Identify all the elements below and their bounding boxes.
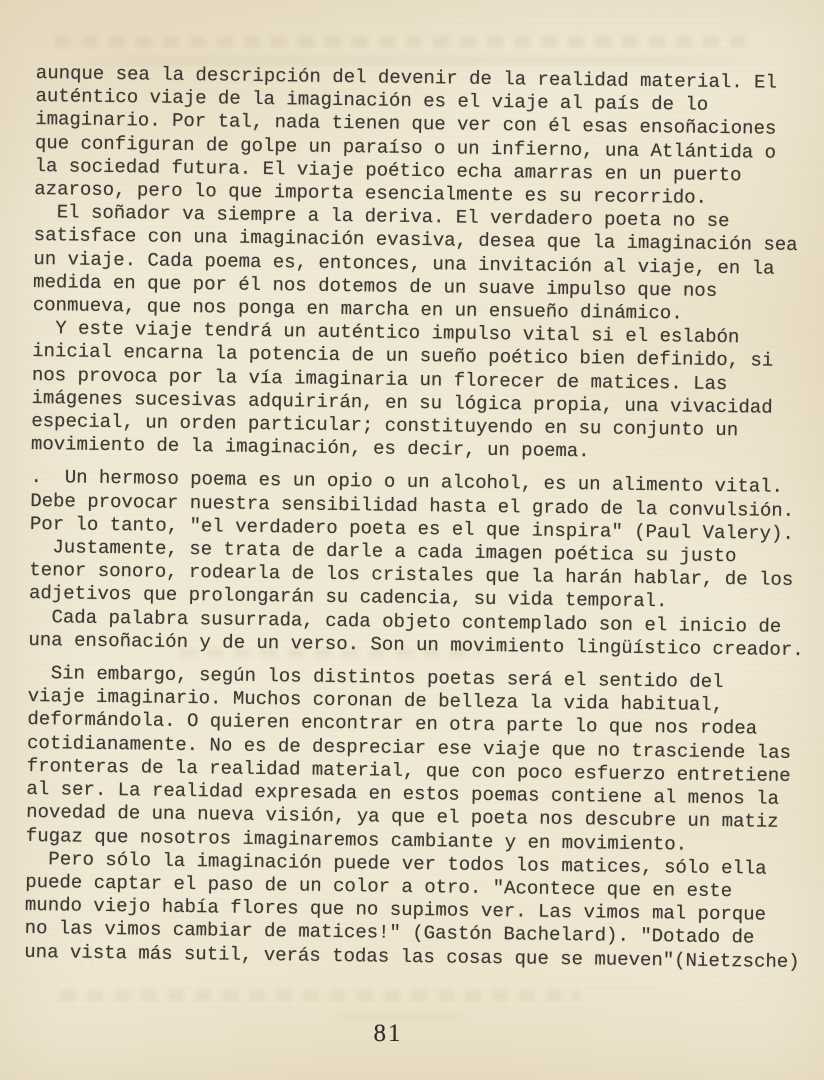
paragraph: Y este viaje tendrá un auténtico impulso… [31,317,805,466]
scanned-document-page: aunque sea la descripción del devenir de… [0,0,824,1080]
page-number: 81 [358,1020,418,1048]
bleedthrough-smudge [55,36,745,48]
paragraph: Pero sólo la imaginación puede ver todos… [24,848,797,974]
body-text: aunque sea la descripción del devenir de… [24,62,808,974]
paragraph: Justamente, se trata de darle a cada ima… [29,536,802,616]
paragraph: . Un hermoso poema es un opio o un alcoh… [30,466,803,546]
paragraph: El soñador va siempre a la deriva. El ve… [33,201,806,327]
paragraph: Cada palabra susurrada, cada objeto cont… [28,606,801,663]
bleedthrough-smudge [60,990,580,1001]
paragraph: aunque sea la descripción del devenir de… [34,62,808,211]
paragraph: Sin embargo, según los distintos poetas … [26,662,800,858]
